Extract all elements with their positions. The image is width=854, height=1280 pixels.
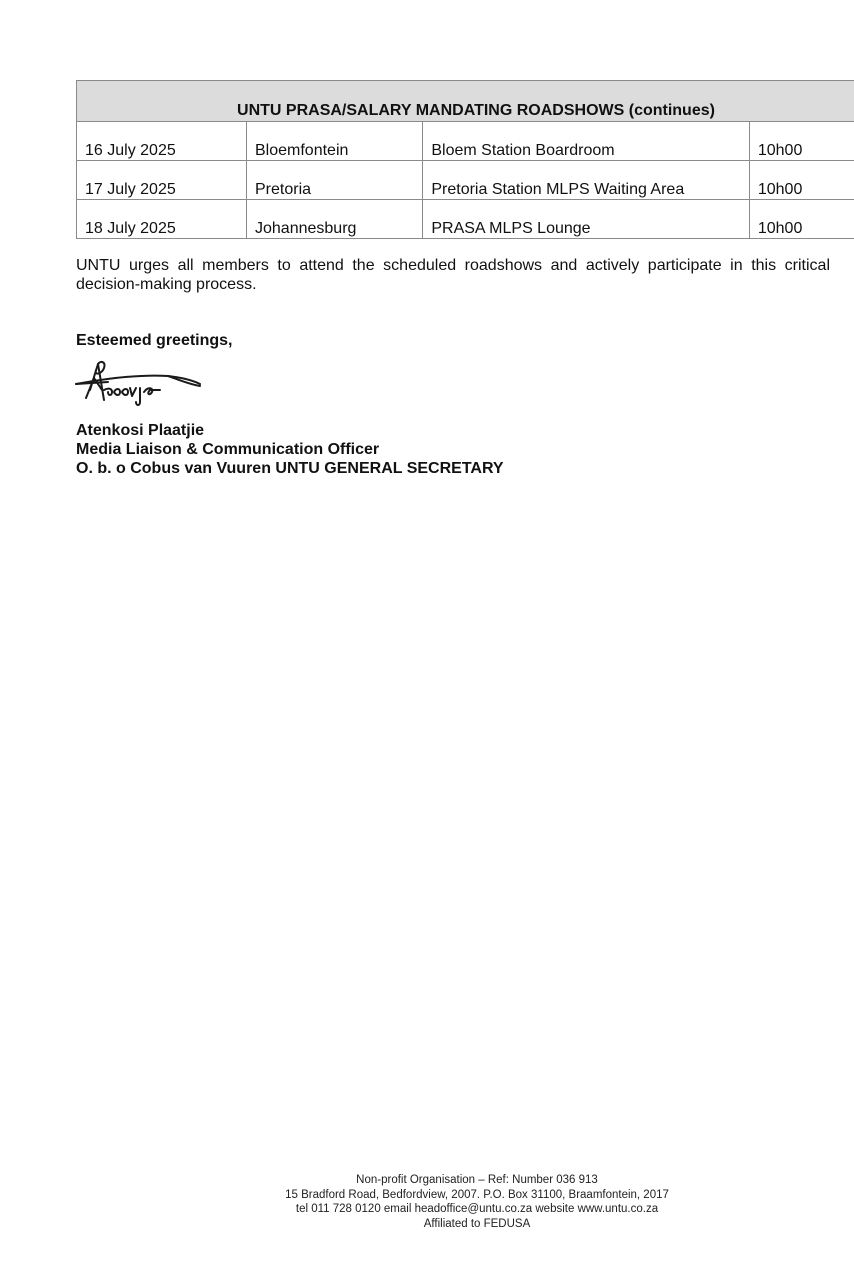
footer-line-contact: tel 011 728 0120 email headoffice@untu.c… <box>0 1202 854 1217</box>
signer-title: Media Liaison & Communication Officer <box>76 440 504 459</box>
greeting: Esteemed greetings, <box>76 332 233 350</box>
footer-line-registration: Non-profit Organisation – Ref: Number 03… <box>0 1173 854 1188</box>
footer-line-address: 15 Bradford Road, Bedfordview, 2007. P.O… <box>0 1188 854 1203</box>
row-city: Pretoria <box>247 161 423 200</box>
table-row: 17 July 2025 Pretoria Pretoria Station M… <box>77 161 854 200</box>
row-time: 10h00 <box>749 161 854 200</box>
table-header-row: UNTU PRASA/SALARY MANDATING ROADSHOWS (c… <box>77 81 854 122</box>
row-time: 10h00 <box>749 122 854 161</box>
signer-block: Atenkosi Plaatjie Media Liaison & Commun… <box>76 421 504 478</box>
row-date: 17 July 2025 <box>77 161 247 200</box>
roadshow-schedule-table: UNTU PRASA/SALARY MANDATING ROADSHOWS (c… <box>76 80 854 239</box>
signature-image <box>68 360 218 416</box>
table-row: 18 July 2025 Johannesburg PRASA MLPS Lou… <box>77 200 854 239</box>
row-date: 16 July 2025 <box>77 122 247 161</box>
row-venue: Pretoria Station MLPS Waiting Area <box>423 161 750 200</box>
signer-on-behalf: O. b. o Cobus van Vuuren UNTU GENERAL SE… <box>76 459 504 478</box>
closing-paragraph: UNTU urges all members to attend the sch… <box>76 256 830 294</box>
row-city: Johannesburg <box>247 200 423 239</box>
letterhead-footer: Non-profit Organisation – Ref: Number 03… <box>0 1173 854 1231</box>
table-title: UNTU PRASA/SALARY MANDATING ROADSHOWS (c… <box>77 81 854 122</box>
row-city: Bloemfontein <box>247 122 423 161</box>
signer-name: Atenkosi Plaatjie <box>76 421 504 440</box>
table-row: 16 July 2025 Bloemfontein Bloem Station … <box>77 122 854 161</box>
row-venue: PRASA MLPS Lounge <box>423 200 750 239</box>
row-time: 10h00 <box>749 200 854 239</box>
row-venue: Bloem Station Boardroom <box>423 122 750 161</box>
row-date: 18 July 2025 <box>77 200 247 239</box>
footer-line-affiliation: Affiliated to FEDUSA <box>0 1217 854 1232</box>
